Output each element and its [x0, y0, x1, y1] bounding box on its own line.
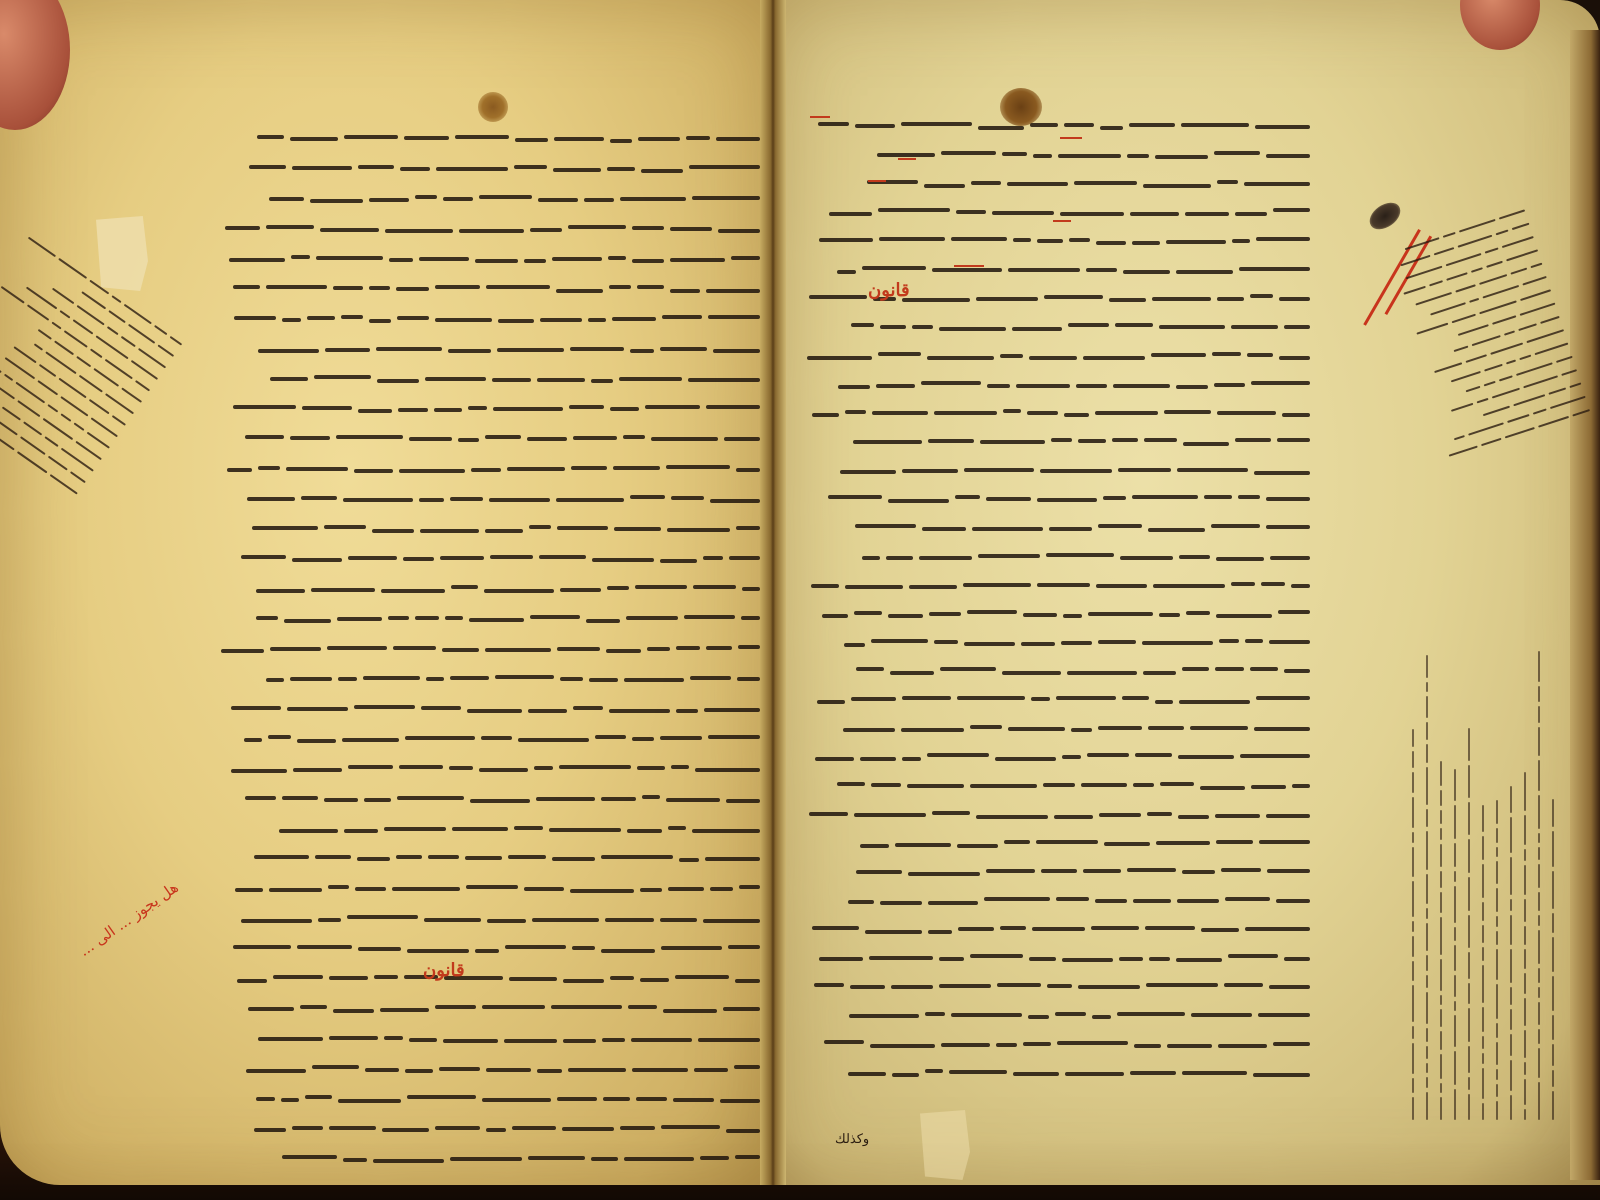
ink-word	[425, 377, 486, 381]
ink-word	[871, 783, 901, 787]
ink-word	[1217, 411, 1276, 415]
ink-word	[269, 888, 322, 892]
ink-word	[607, 167, 635, 171]
ink-word	[364, 798, 391, 802]
right-main-text	[800, 112, 1310, 1087]
rubric-overline	[868, 180, 886, 182]
ink-word	[610, 139, 632, 143]
ink-word	[1216, 840, 1253, 844]
ink-word	[925, 1012, 945, 1016]
ink-word	[1132, 241, 1160, 245]
ink-word	[1254, 727, 1310, 731]
ink-word	[270, 377, 308, 381]
ink-word	[1081, 783, 1127, 787]
ink-word	[838, 385, 870, 389]
text-line	[215, 934, 760, 964]
ink-word	[1044, 295, 1103, 299]
ink-word	[624, 678, 684, 682]
ink-word	[1178, 815, 1209, 819]
ink-word	[392, 887, 460, 891]
ink-word	[1029, 957, 1056, 961]
ink-word	[233, 405, 296, 409]
text-line	[215, 664, 760, 694]
ink-word	[400, 167, 430, 171]
ink-word	[613, 466, 660, 470]
ink-word	[479, 195, 532, 199]
ink-word	[667, 528, 730, 532]
ink-word	[369, 319, 391, 323]
gloss-line	[1420, 650, 1434, 1120]
ink-word	[1109, 298, 1146, 302]
text-line	[215, 304, 760, 334]
ink-word	[955, 495, 980, 499]
ink-word	[609, 709, 670, 713]
ink-word	[1078, 985, 1140, 989]
text-line	[215, 424, 760, 454]
ink-word	[245, 796, 276, 800]
ink-word	[729, 556, 760, 560]
ink-word	[1023, 1042, 1051, 1046]
ink-word	[348, 556, 397, 560]
ink-word	[318, 918, 341, 922]
ink-word	[246, 1069, 306, 1073]
ink-word	[1245, 927, 1310, 931]
ink-word	[399, 765, 443, 769]
ink-word	[249, 165, 286, 169]
gloss-line	[1532, 650, 1546, 1120]
text-line	[800, 342, 1310, 371]
ink-word	[698, 1038, 760, 1042]
ink-word	[369, 198, 409, 202]
ink-word	[314, 375, 371, 379]
ink-word	[266, 678, 284, 682]
ink-word	[481, 736, 512, 740]
ink-word	[1143, 671, 1176, 675]
ink-word	[901, 728, 964, 732]
ink-word	[902, 469, 958, 473]
ink-word	[451, 585, 478, 589]
ink-word	[706, 405, 760, 409]
ink-word	[365, 1068, 399, 1072]
ink-word	[824, 1040, 864, 1044]
ink-word	[1029, 356, 1077, 360]
ink-word	[354, 705, 415, 709]
ink-word	[1238, 495, 1260, 499]
ink-word	[1062, 958, 1113, 962]
ink-word	[632, 1068, 688, 1072]
ink-word	[530, 615, 580, 619]
ink-word	[257, 135, 284, 139]
ink-word	[381, 589, 445, 593]
ink-word	[556, 498, 624, 502]
ink-word	[1099, 813, 1141, 817]
ink-word	[1021, 642, 1055, 646]
text-line	[800, 112, 1310, 141]
gloss-line	[1406, 650, 1420, 1120]
ink-word	[992, 211, 1054, 215]
ink-word	[980, 440, 1045, 444]
ink-word	[372, 529, 414, 533]
ink-word	[266, 285, 327, 289]
text-line	[215, 724, 760, 754]
ink-word	[848, 900, 874, 904]
ink-word	[829, 212, 872, 216]
ink-word	[1152, 297, 1211, 301]
ink-word	[637, 285, 664, 289]
ink-word	[452, 827, 508, 831]
rubric-overline	[1053, 220, 1071, 222]
ink-word	[324, 798, 358, 802]
ink-word	[880, 901, 922, 905]
ink-word	[485, 435, 521, 439]
ink-word	[1282, 413, 1310, 417]
ink-word	[819, 957, 863, 961]
ink-word	[1067, 671, 1137, 675]
ink-word	[902, 696, 951, 700]
left-main-text	[215, 124, 760, 1174]
ink-word	[1133, 899, 1171, 903]
ink-word	[822, 614, 848, 618]
ink-word	[606, 649, 641, 653]
ink-word	[623, 435, 645, 439]
ink-word	[610, 976, 634, 980]
ink-word	[1284, 957, 1310, 961]
ink-word	[850, 985, 885, 989]
text-line	[215, 844, 760, 874]
ink-word	[676, 646, 700, 650]
ink-word	[229, 258, 285, 262]
ink-word	[1004, 840, 1030, 844]
text-line	[800, 456, 1310, 485]
ink-word	[231, 706, 281, 710]
ink-word	[609, 285, 631, 289]
ink-word	[534, 766, 553, 770]
text-line	[800, 514, 1310, 543]
ink-word	[972, 527, 1043, 531]
ink-word	[393, 646, 436, 650]
ink-word	[316, 256, 383, 260]
ink-word	[1062, 755, 1081, 759]
ink-word	[851, 323, 874, 327]
ink-word	[489, 498, 550, 502]
text-line	[215, 994, 760, 1024]
ink-word	[630, 349, 654, 353]
ink-word	[908, 872, 980, 876]
text-line	[215, 514, 760, 544]
ink-word	[1190, 726, 1248, 730]
ink-word	[1251, 381, 1310, 385]
right-vertical-gloss	[1406, 650, 1560, 1120]
ink-word	[1218, 1044, 1267, 1048]
ink-word	[970, 784, 1037, 788]
text-line	[800, 801, 1310, 830]
ink-word	[631, 1038, 692, 1042]
ink-word	[1278, 610, 1310, 614]
ink-word	[1235, 212, 1267, 216]
ink-word	[1129, 123, 1175, 127]
ink-word	[1276, 899, 1310, 903]
ink-word	[469, 618, 524, 622]
ink-word	[1012, 327, 1062, 331]
ink-word	[554, 137, 604, 141]
ink-word	[448, 349, 491, 353]
ink-word	[233, 945, 291, 949]
text-line	[800, 370, 1310, 399]
ink-word	[843, 728, 895, 732]
ink-word	[1013, 238, 1031, 242]
ink-word	[695, 768, 760, 772]
ink-word	[1145, 926, 1195, 930]
stain-left-top	[478, 92, 508, 122]
ink-word	[890, 671, 934, 675]
ink-word	[619, 377, 682, 381]
ink-word	[235, 888, 263, 892]
ink-word	[344, 829, 378, 833]
ink-word	[293, 768, 342, 772]
ink-word	[1061, 641, 1092, 645]
ink-word	[731, 256, 760, 260]
ink-word	[570, 347, 624, 351]
text-line	[215, 694, 760, 724]
ink-word	[552, 857, 595, 861]
ink-word	[1000, 354, 1023, 358]
ink-word	[1091, 926, 1139, 930]
ink-word	[934, 411, 997, 415]
ink-word	[301, 496, 337, 500]
ink-word	[1115, 323, 1153, 327]
ink-word	[343, 1158, 367, 1162]
ink-word	[449, 766, 473, 770]
ink-word	[1113, 384, 1170, 388]
ink-word	[435, 1126, 480, 1130]
ink-word	[1273, 208, 1310, 212]
ink-word	[529, 525, 551, 529]
ink-word	[1146, 983, 1218, 987]
paper-repair-patch	[96, 216, 148, 291]
ink-word	[1098, 640, 1136, 644]
ink-word	[679, 858, 699, 862]
ink-word	[663, 1009, 717, 1013]
text-line	[215, 544, 760, 574]
ink-word	[928, 901, 978, 905]
ink-word	[348, 765, 393, 769]
ink-word	[1096, 241, 1126, 245]
ink-word	[705, 857, 760, 861]
ink-word	[312, 1065, 359, 1069]
ink-word	[256, 616, 278, 620]
ink-word	[234, 316, 276, 320]
ink-word	[1041, 869, 1077, 873]
ink-word	[290, 436, 330, 440]
ink-word	[514, 826, 543, 830]
ink-word	[419, 257, 469, 261]
ink-word	[851, 697, 896, 701]
ink-word	[628, 1005, 657, 1009]
ink-word	[964, 468, 1034, 472]
ink-word	[355, 887, 386, 891]
ink-word	[941, 151, 996, 155]
ink-word	[811, 584, 839, 588]
ink-word	[1040, 469, 1112, 473]
ink-word	[1217, 297, 1244, 301]
ink-word	[635, 585, 687, 589]
ink-word	[902, 298, 970, 302]
ink-word	[605, 918, 654, 922]
ink-word	[1057, 1041, 1128, 1045]
ink-word	[1086, 268, 1117, 272]
gloss-line	[1476, 650, 1490, 1120]
ink-word	[1037, 583, 1090, 587]
ink-word	[871, 639, 928, 643]
ink-word	[1002, 152, 1027, 156]
text-line	[800, 858, 1310, 887]
ink-word	[560, 588, 601, 592]
ink-word	[888, 499, 949, 503]
ink-word	[484, 589, 554, 593]
ink-word	[1056, 897, 1089, 901]
ink-word	[963, 583, 1031, 587]
ink-word	[817, 700, 845, 704]
ink-word	[1134, 1044, 1161, 1048]
ink-word	[358, 947, 401, 951]
ink-word	[258, 466, 280, 470]
ink-word	[380, 1008, 429, 1012]
ink-word	[305, 1095, 332, 1099]
ink-word	[807, 356, 872, 360]
ink-word	[737, 677, 760, 681]
ink-word	[1046, 553, 1114, 557]
ink-word	[505, 945, 566, 949]
ink-word	[957, 696, 1025, 700]
ink-word	[837, 782, 865, 786]
ink-word	[1181, 123, 1249, 127]
ink-word	[870, 1044, 935, 1048]
page-stack-edge	[1570, 30, 1600, 1180]
ink-word	[266, 225, 314, 229]
ink-word	[1104, 842, 1150, 846]
text-line	[800, 944, 1310, 973]
ink-word	[354, 469, 393, 473]
ink-word	[435, 285, 480, 289]
ink-word	[607, 586, 629, 590]
ink-word	[329, 1036, 378, 1040]
ink-word	[1055, 1012, 1086, 1016]
ink-word	[1256, 696, 1310, 700]
ink-word	[1167, 1044, 1212, 1048]
ink-word	[686, 136, 710, 140]
text-line	[800, 1001, 1310, 1030]
ink-word	[1003, 409, 1021, 413]
ink-word	[397, 796, 464, 800]
ink-word	[1217, 180, 1238, 184]
ink-word	[1064, 413, 1089, 417]
ink-word	[854, 813, 926, 817]
ink-word	[738, 645, 760, 649]
ink-word	[1153, 584, 1225, 588]
ink-word	[694, 1068, 728, 1072]
ink-word	[1095, 411, 1158, 415]
ink-word	[1149, 957, 1170, 961]
ink-word	[818, 122, 849, 126]
text-line	[800, 743, 1310, 772]
ink-word	[358, 165, 394, 169]
ink-word	[671, 496, 704, 500]
ink-word	[880, 325, 906, 329]
ink-word	[479, 768, 528, 772]
ink-word	[537, 1069, 562, 1073]
ink-word	[1120, 556, 1173, 560]
ink-word	[497, 348, 564, 352]
ink-word	[879, 237, 945, 241]
ink-word	[661, 1125, 720, 1129]
ink-word	[1216, 557, 1264, 561]
ink-word	[869, 956, 933, 960]
ink-word	[837, 270, 856, 274]
ink-word	[256, 1097, 275, 1101]
ink-word	[385, 229, 453, 233]
ink-word	[403, 557, 434, 561]
ink-word	[645, 405, 700, 409]
ink-word	[929, 612, 961, 616]
ink-word	[1255, 125, 1310, 129]
ink-word	[458, 438, 479, 442]
ink-word	[1182, 667, 1209, 671]
ink-word	[1033, 154, 1052, 158]
ink-word	[1250, 294, 1273, 298]
ink-word	[1164, 410, 1211, 414]
ink-word	[1269, 640, 1310, 644]
ink-word	[1266, 814, 1310, 818]
ink-word	[292, 1126, 323, 1130]
ink-word	[1056, 696, 1116, 700]
ink-word	[358, 409, 392, 413]
ink-word	[420, 529, 479, 533]
ink-word	[1148, 726, 1184, 730]
ink-word	[324, 525, 366, 529]
ink-word	[344, 135, 398, 139]
text-line	[215, 1114, 760, 1144]
ink-word	[956, 210, 986, 214]
ink-word	[1284, 669, 1310, 673]
ink-word	[377, 379, 419, 383]
ink-word	[592, 558, 654, 562]
ink-word	[568, 225, 626, 229]
ink-word	[1219, 639, 1239, 643]
ink-word	[297, 739, 336, 743]
ink-word	[640, 888, 662, 892]
text-line	[800, 686, 1310, 715]
ink-word	[1013, 1072, 1059, 1076]
text-line	[215, 874, 760, 904]
ink-word	[1179, 700, 1250, 704]
ink-word	[527, 437, 567, 441]
ink-word	[1211, 524, 1260, 528]
ink-word	[706, 289, 760, 293]
ink-word	[537, 378, 585, 382]
ink-word	[1284, 325, 1310, 329]
ink-word	[670, 258, 725, 262]
ink-word	[396, 287, 429, 291]
ink-word	[573, 436, 617, 440]
ink-word	[984, 897, 1050, 901]
ink-word	[1176, 958, 1222, 962]
text-line	[800, 1059, 1310, 1088]
ink-word	[1118, 468, 1171, 472]
ink-word	[584, 198, 614, 202]
ink-word	[1030, 123, 1058, 127]
ink-word	[736, 526, 760, 530]
ink-word	[844, 643, 865, 647]
